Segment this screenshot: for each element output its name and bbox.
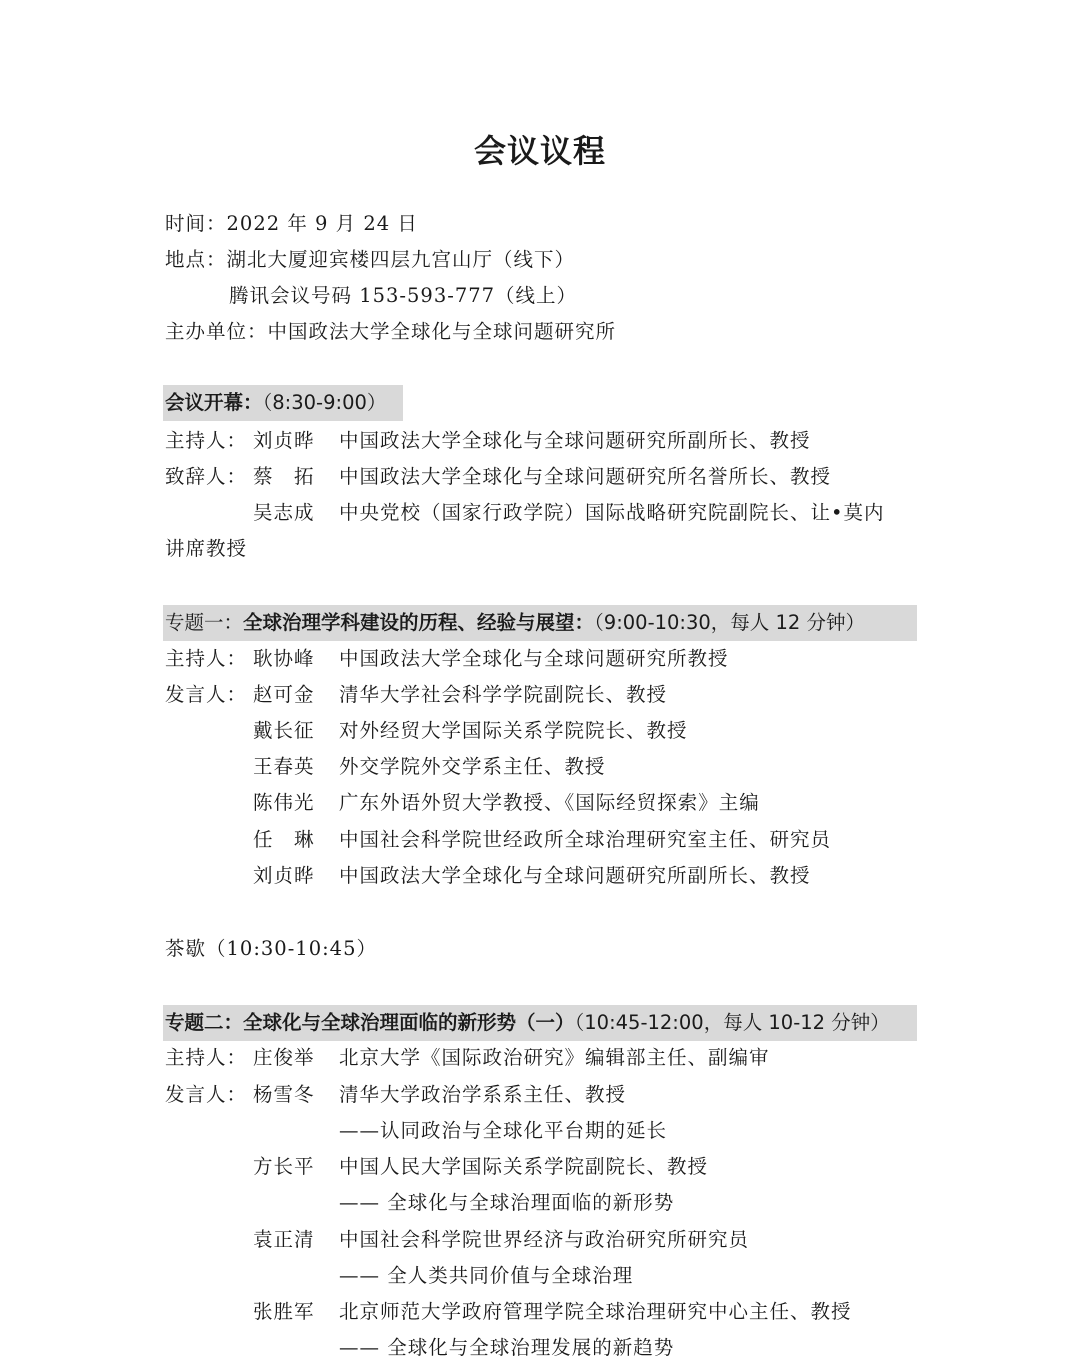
person-name: 蔡 拓 — [253, 463, 339, 491]
person-title: 中国社会科学院世界经济与政治研究所研究员 — [339, 1228, 749, 1251]
opening-heading-label: 会议开幕： — [165, 391, 263, 414]
role-label: 发言人： — [165, 1081, 253, 1109]
person-title: 清华大学社会科学学院副院长、教授 — [339, 683, 667, 706]
person-title: 中国人民大学国际关系学院副院长、教授 — [339, 1155, 708, 1178]
talk-topic: —— 全人类共同价值与全球治理 — [339, 1262, 633, 1290]
session1-time: （9:00-10:30，每人 12 分钟） — [594, 611, 865, 634]
person-name: 王春英 — [253, 753, 339, 781]
place-offline: 湖北大厦迎宾楼四层九宫山厅（线下） — [227, 248, 576, 271]
person-title: 北京大学《国际政治研究》编辑部主任、副编审 — [339, 1046, 770, 1069]
person-name: 袁正清 — [253, 1226, 339, 1254]
person-name: 赵可金 — [253, 681, 339, 709]
role-label: 主持人： — [165, 427, 253, 455]
session1-label: 专题一： — [165, 611, 243, 634]
session2-speaker: 方长平中国人民大学国际关系学院副院长、教授 — [253, 1153, 708, 1181]
person-title: 对外经贸大学国际关系学院院长、教授 — [339, 719, 688, 742]
person-title: 清华大学政治学系系主任、教授 — [339, 1083, 626, 1106]
person-title: 广东外语外贸大学教授、《国际经贸探索》主编 — [339, 791, 760, 814]
session1-speaker: 任 琳中国社会科学院世经政所全球治理研究室主任、研究员 — [253, 826, 831, 854]
person-name: 吴志成 — [253, 499, 339, 527]
organizer-label: 主办单位： — [165, 320, 268, 343]
session1-speaker: 刘贞晔中国政法大学全球化与全球问题研究所副所长、教授 — [253, 862, 811, 890]
session1-heading: 专题一：全球治理学科建设的历程、经验与展望：（9:00-10:30，每人 12 … — [165, 605, 865, 641]
page-title: 会议议程 — [0, 126, 1080, 172]
talk-topic: —— 全球化与全球治理面临的新形势 — [339, 1189, 674, 1217]
person-title-cont: 讲席教授 — [165, 535, 247, 563]
session1-speaker: 王春英外交学院外交学系主任、教授 — [253, 753, 606, 781]
person-name: 任 琳 — [253, 826, 339, 854]
opening-heading: 会议开幕：（8:30-9:00） — [165, 385, 386, 421]
tea-break: 茶歇（10:30-10:45） — [165, 935, 377, 963]
opening-speaker: 吴志成中央党校（国家行政学院）国际战略研究院副院长、让•莫内 — [253, 499, 885, 527]
role-label: 主持人： — [165, 1044, 253, 1072]
session1-speaker: 发言人：赵可金清华大学社会科学学院副院长、教授 — [165, 681, 667, 709]
person-name: 陈伟光 — [253, 789, 339, 817]
time-label: 时间： — [165, 212, 227, 235]
opening-time: （8:30-9:00） — [263, 391, 387, 414]
session2-speaker: 发言人：杨雪冬清华大学政治学系系主任、教授 — [165, 1081, 626, 1109]
person-title: 中国政法大学全球化与全球问题研究所副所长、教授 — [339, 429, 811, 452]
person-name: 刘贞晔 — [253, 862, 339, 890]
person-name: 戴长征 — [253, 717, 339, 745]
person-title: 北京师范大学政府管理学院全球治理研究中心主任、教授 — [339, 1300, 852, 1323]
person-name: 杨雪冬 — [253, 1081, 339, 1109]
role-label: 主持人： — [165, 645, 253, 673]
session1-speaker: 陈伟光广东外语外贸大学教授、《国际经贸探索》主编 — [253, 789, 760, 817]
session1-title: 全球治理学科建设的历程、经验与展望： — [243, 611, 594, 634]
person-name: 方长平 — [253, 1153, 339, 1181]
person-title: 中国政法大学全球化与全球问题研究所名誉所长、教授 — [339, 465, 831, 488]
talk-topic: —— 全球化与全球治理发展的新趋势 — [339, 1334, 674, 1362]
session2-heading: 专题二：全球化与全球治理面临的新形势（一）（10:45-12:00，每人 10-… — [165, 1005, 890, 1041]
session1-speaker: 戴长征对外经贸大学国际关系学院院长、教授 — [253, 717, 688, 745]
person-title: 外交学院外交学系主任、教授 — [339, 755, 606, 778]
person-name: 庄俊举 — [253, 1044, 339, 1072]
session2-speaker: 张胜军北京师范大学政府管理学院全球治理研究中心主任、教授 — [253, 1298, 852, 1326]
time-line: 时间：2022 年 9 月 24 日 — [165, 210, 418, 238]
role-label: 致辞人： — [165, 463, 253, 491]
time-value: 2022 年 9 月 24 日 — [227, 212, 418, 235]
place-label: 地点： — [165, 248, 227, 271]
person-name: 耿协峰 — [253, 645, 339, 673]
session2-time: （10:45-12:00，每人 10-12 分钟） — [575, 1011, 890, 1034]
session2-host: 主持人：庄俊举北京大学《国际政治研究》编辑部主任、副编审 — [165, 1044, 770, 1072]
place-online: 腾讯会议号码 153-593-777（线上） — [229, 282, 577, 310]
organizer-value: 中国政法大学全球化与全球问题研究所 — [268, 320, 617, 343]
session2-title: 专题二：全球化与全球治理面临的新形势（一） — [165, 1011, 575, 1034]
person-title: 中国政法大学全球化与全球问题研究所教授 — [339, 647, 729, 670]
person-title: 中央党校（国家行政学院）国际战略研究院副院长、让•莫内 — [339, 501, 885, 524]
session1-host: 主持人：耿协峰中国政法大学全球化与全球问题研究所教授 — [165, 645, 729, 673]
person-name: 刘贞晔 — [253, 427, 339, 455]
organizer-line: 主办单位：中国政法大学全球化与全球问题研究所 — [165, 318, 616, 346]
opening-speaker: 致辞人：蔡 拓中国政法大学全球化与全球问题研究所名誉所长、教授 — [165, 463, 831, 491]
opening-host: 主持人：刘贞晔中国政法大学全球化与全球问题研究所副所长、教授 — [165, 427, 811, 455]
person-name: 张胜军 — [253, 1298, 339, 1326]
talk-topic: ——认同政治与全球化平台期的延长 — [339, 1117, 667, 1145]
session2-speaker: 袁正清中国社会科学院世界经济与政治研究所研究员 — [253, 1226, 749, 1254]
place-line: 地点：湖北大厦迎宾楼四层九宫山厅（线下） — [165, 246, 575, 274]
person-title: 中国政法大学全球化与全球问题研究所副所长、教授 — [339, 864, 811, 887]
person-title: 中国社会科学院世经政所全球治理研究室主任、研究员 — [339, 828, 831, 851]
role-label: 发言人： — [165, 681, 253, 709]
